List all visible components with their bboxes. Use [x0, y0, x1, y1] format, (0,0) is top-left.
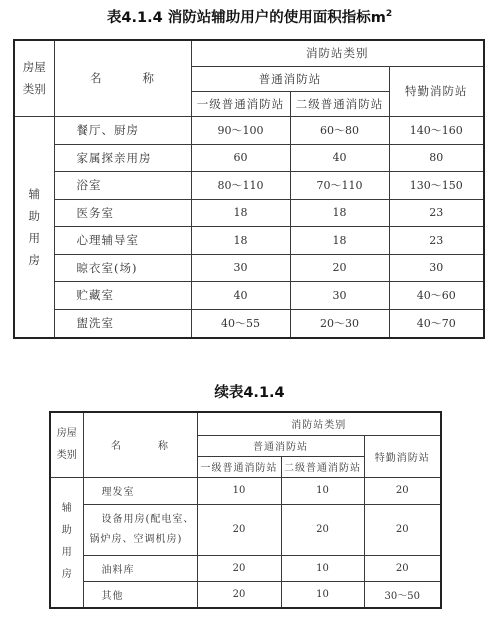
- table-row: 盥洗室 40～55 20～30 40～70: [14, 309, 484, 338]
- cell-level1: 30: [191, 254, 290, 281]
- header-level2: 二级普通消防站: [281, 456, 364, 477]
- table-row: 晾衣室(场) 30 20 30: [14, 254, 484, 281]
- cell-level1: 40: [191, 281, 290, 309]
- group-char: 助: [51, 520, 83, 542]
- area-index-table: 房屋 类别 名称 消防站类别 普通消防站 特勤消防站 一级普通消防站 二级普通消…: [13, 39, 485, 339]
- header-name-char1: 名: [111, 441, 122, 452]
- table1-title: 表4.1.4 消防站辅助用户的使用面积指标m2: [0, 6, 499, 27]
- cell-level2: 10: [281, 555, 364, 581]
- group-char: 辅: [51, 498, 83, 520]
- table1-title-text: 表4.1.4 消防站辅助用户的使用面积指标m: [107, 10, 386, 26]
- row-name: 心理辅导室: [54, 226, 191, 254]
- table2-title: 续表4.1.4: [0, 381, 499, 402]
- group-label-auxiliary: 辅 助 用 房: [14, 116, 54, 338]
- cell-level1: 60: [191, 144, 290, 171]
- cell-level1: 90～100: [191, 116, 290, 144]
- group-char: 用: [15, 227, 54, 249]
- table-row: 辅 助 用 房 理发室 10 10 20: [50, 477, 441, 504]
- cell-level2: 60～80: [290, 116, 389, 144]
- header-ordinary-station: 普通消防站: [197, 435, 364, 456]
- cell-level2: 20: [290, 254, 389, 281]
- cell-special: 40～60: [389, 281, 484, 309]
- cell-level2: 30: [290, 281, 389, 309]
- cell-special: 30～50: [364, 581, 441, 608]
- row-name: 其他: [83, 581, 197, 608]
- cell-level2: 18: [290, 199, 389, 226]
- header-category-line2: 类别: [51, 445, 83, 467]
- header-name-char2: 称: [158, 441, 169, 452]
- row-name: 晾衣室(场): [54, 254, 191, 281]
- header-category-line1: 房屋: [15, 56, 54, 78]
- row-name: 油料库: [83, 555, 197, 581]
- header-level1: 一级普通消防站: [197, 456, 281, 477]
- group-label-auxiliary: 辅 助 用 房: [50, 477, 83, 608]
- cell-level2: 18: [290, 226, 389, 254]
- group-char: 辅: [15, 183, 54, 205]
- header-special-station: 特勤消防站: [389, 66, 484, 116]
- cell-level1: 20: [197, 581, 281, 608]
- header-ordinary-station: 普通消防站: [191, 66, 389, 91]
- row-name: 浴室: [54, 171, 191, 199]
- header-name-char1: 名: [90, 71, 103, 85]
- group-char: 助: [15, 205, 54, 227]
- row-name: 家属探亲用房: [54, 144, 191, 171]
- row-name: 餐厅、厨房: [54, 116, 191, 144]
- cell-level1: 20: [197, 555, 281, 581]
- header-special-station: 特勤消防站: [364, 435, 441, 477]
- cell-special: 20: [364, 504, 441, 555]
- group-char: 用: [51, 542, 83, 564]
- cell-level1: 80～110: [191, 171, 290, 199]
- header-category: 房屋 类别: [50, 412, 83, 477]
- cell-special: 23: [389, 199, 484, 226]
- header-category-line1: 房屋: [51, 423, 83, 445]
- group-char: 房: [51, 564, 83, 586]
- row-name: 设备用房(配电室、锅炉房、空调机房): [83, 504, 197, 555]
- table-row: 家属探亲用房 60 40 80: [14, 144, 484, 171]
- table-row: 心理辅导室 18 18 23: [14, 226, 484, 254]
- header-name: 名称: [54, 40, 191, 116]
- cell-special: 40～70: [389, 309, 484, 338]
- cell-special: 20: [364, 477, 441, 504]
- header-station-type: 消防站类别: [191, 40, 484, 66]
- title-superscript: 2: [386, 9, 392, 19]
- header-name-char2: 称: [143, 71, 156, 85]
- cell-level1: 10: [197, 477, 281, 504]
- table-row: 医务室 18 18 23: [14, 199, 484, 226]
- table-row: 辅 助 用 房 餐厅、厨房 90～100 60～80 140～160: [14, 116, 484, 144]
- cell-level2: 20～30: [290, 309, 389, 338]
- cell-special: 140～160: [389, 116, 484, 144]
- header-category-line2: 类别: [15, 78, 54, 100]
- header-level2: 二级普通消防站: [290, 91, 389, 116]
- row-name: 贮藏室: [54, 281, 191, 309]
- cell-level2: 70～110: [290, 171, 389, 199]
- header-level1: 一级普通消防站: [191, 91, 290, 116]
- cell-level2: 20: [281, 504, 364, 555]
- cell-special: 80: [389, 144, 484, 171]
- cell-level1: 18: [191, 199, 290, 226]
- header-category: 房屋 类别: [14, 40, 54, 116]
- cell-special: 30: [389, 254, 484, 281]
- cell-level2: 10: [281, 581, 364, 608]
- table-row: 设备用房(配电室、锅炉房、空调机房) 20 20 20: [50, 504, 441, 555]
- table-row: 贮藏室 40 30 40～60: [14, 281, 484, 309]
- header-station-type: 消防站类别: [197, 412, 441, 435]
- cell-special: 20: [364, 555, 441, 581]
- row-name: 盥洗室: [54, 309, 191, 338]
- cell-level1: 20: [197, 504, 281, 555]
- cell-level2: 40: [290, 144, 389, 171]
- area-index-table-continued: 房屋 类别 名称 消防站类别 普通消防站 特勤消防站 一级普通消防站 二级普通消…: [49, 411, 442, 609]
- row-name: 医务室: [54, 199, 191, 226]
- table-row: 浴室 80～110 70～110 130～150: [14, 171, 484, 199]
- row-name: 理发室: [83, 477, 197, 504]
- table-row: 油料库 20 10 20: [50, 555, 441, 581]
- cell-level2: 10: [281, 477, 364, 504]
- cell-special: 23: [389, 226, 484, 254]
- cell-level1: 18: [191, 226, 290, 254]
- cell-special: 130～150: [389, 171, 484, 199]
- table-row: 其他 20 10 30～50: [50, 581, 441, 608]
- header-name: 名称: [83, 412, 197, 477]
- group-char: 房: [15, 249, 54, 271]
- cell-level1: 40～55: [191, 309, 290, 338]
